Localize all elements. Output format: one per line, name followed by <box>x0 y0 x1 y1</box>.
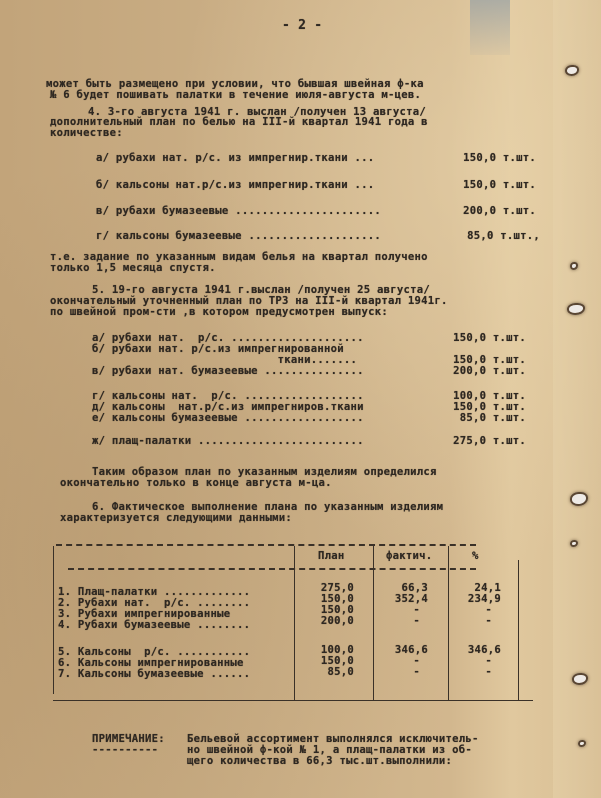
row-pct: 234,9 <box>452 594 501 605</box>
section5-item-value: 150,0 т.шт. <box>420 333 526 344</box>
section4-item-label: а/ рубахи нат. р/с. из импрегнир.ткани .… <box>96 153 374 164</box>
section5-conclusion: окончательно только в конце августа м-ца… <box>60 478 332 489</box>
section4-item-label: в/ рубахи бумазеевые ...................… <box>96 206 381 217</box>
document-page: - 2 - может быть размещено при условии, … <box>0 0 601 798</box>
row-plan: 85,0 <box>300 667 354 678</box>
section5-item-value: 85,0 т.шт. <box>420 413 526 424</box>
section5-item-label: в/ рубахи нат. бумазеевые ..............… <box>92 366 364 377</box>
row-item: 7. Кальсоны бумазеевые ...... <box>58 669 250 680</box>
note-label-underline: ---------- <box>92 745 158 756</box>
section5-item-value: 200,0 т.шт. <box>420 366 526 377</box>
section4-line: количестве: <box>50 128 123 139</box>
section4-item-label: г/ кальсоны бумазеевые .................… <box>96 231 381 242</box>
note-line: щего количества в 66,3 тыс.шт.выполнили: <box>187 756 452 767</box>
row-fact: - <box>380 616 420 627</box>
row-fact: 352,4 <box>380 594 428 605</box>
row-pct: - <box>452 667 492 678</box>
row-item: 4. Рубахи бумазеевые ........ <box>58 620 250 631</box>
section5-item-label: е/ кальсоны бумазеевые .................… <box>92 413 364 424</box>
section5-item-value: 275,0 т.шт. <box>420 436 526 447</box>
page-number: - 2 - <box>282 20 322 31</box>
section4-item-value: 150,0 т.шт. <box>430 153 536 164</box>
section4-conclusion: только 1,5 месяца спустя. <box>50 263 216 274</box>
row-pct: - <box>452 616 492 627</box>
row-fact: - <box>380 667 420 678</box>
row-pct: 346,6 <box>452 645 501 656</box>
table-header-fact: фактич. <box>386 551 432 562</box>
section4-item-value: 85,0 т.шт., <box>430 231 540 242</box>
section5-line: по швейной пром-сти ,в котором предусмот… <box>50 307 388 318</box>
table-header-rule <box>68 568 476 570</box>
table-top-rule <box>56 544 476 546</box>
section4-item-value: 200,0 т.шт. <box>430 206 536 217</box>
table-header-plan: План <box>318 551 345 562</box>
section4-item-value: 150,0 т.шт. <box>430 180 536 191</box>
paper-stain <box>470 0 510 55</box>
table-header-pct: % <box>472 551 479 562</box>
table-col-divider <box>373 546 374 700</box>
table-bottom-rule <box>53 700 533 701</box>
section4-item-label: б/ кальсоны нат.р/с.из импрегнир.ткани .… <box>96 180 374 191</box>
table-border-left <box>53 546 54 694</box>
table-col-divider <box>294 546 295 700</box>
section6-line: характеризуется следующими данными: <box>60 513 292 524</box>
table-border-right <box>518 560 519 700</box>
row-plan: 200,0 <box>300 616 354 627</box>
table-col-divider <box>448 546 449 700</box>
intro-line: № 6 будет пошивать палатки в течение июл… <box>50 90 421 101</box>
section5-item-label: ж/ плащ-палатки ........................… <box>92 436 364 447</box>
row-fact: 346,6 <box>380 645 428 656</box>
